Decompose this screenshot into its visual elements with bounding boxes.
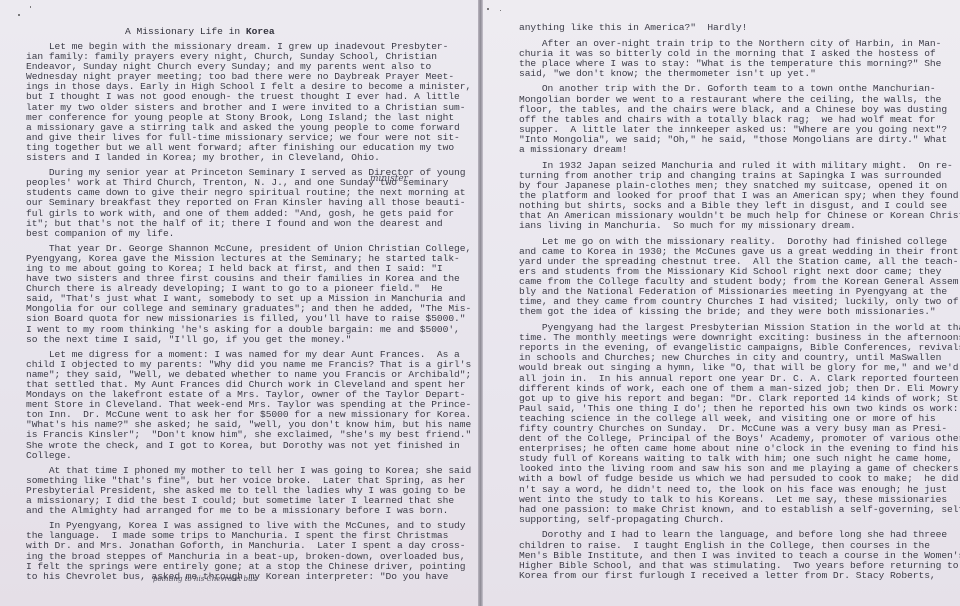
text-line: them got the idea of kissing the bride; … (519, 307, 949, 317)
text-line: College. (26, 451, 466, 461)
left-page-body: Let me begin with the missionary dream. … (26, 42, 466, 587)
paragraph: In Pyengyang, Korea I was assigned to li… (26, 521, 466, 582)
text-line: said, "we don't know; the thermometer is… (519, 69, 949, 79)
text-line: supporting, self-propagating Church. (519, 515, 949, 525)
paragraph: Pyengyang had the largest Presbyterian M… (519, 323, 949, 525)
text-line: our Seminary breakfast they reported on … (26, 198, 466, 208)
text-line: sisters and I landed in Korea; my brothe… (26, 153, 466, 163)
text-line: anything like this in America?" Hardly! (519, 23, 949, 33)
paragraph: In 1932 Japan seized Manchuria and ruled… (519, 161, 949, 232)
paragraph: Let me digress for a moment: I was named… (26, 350, 466, 461)
text-line: best companion of my life. (26, 229, 466, 239)
text-line: a missionary dream! (519, 145, 949, 155)
text-line: Korea from our first furlough I received… (519, 571, 949, 581)
text-line: Dorothy and I had to learn the language,… (519, 530, 949, 540)
text-line: and the Almighty had arranged for me to … (26, 506, 466, 516)
right-page-body: anything like this in America?" Hardly! … (519, 23, 949, 586)
title-text: A Missionary Life in (125, 26, 246, 37)
paragraph: On another trip with the Dr. Goforth tea… (519, 84, 949, 155)
paragraph: After an over-night train trip to the No… (519, 39, 949, 79)
text-line: ians living in Manchuria. So much for my… (519, 221, 949, 231)
paragraph: Let me go on with the missionary reality… (519, 237, 949, 318)
paragraph: Dorothy and I had to learn the language,… (519, 530, 949, 580)
paragraph: Let me begin with the missionary dream. … (26, 42, 466, 163)
document-title: A Missionary Life in Korea (125, 26, 275, 37)
paragraph: At that time I phoned my mother to tell … (26, 466, 466, 516)
title-korea: Korea (246, 26, 275, 37)
speck (500, 10, 501, 11)
left-page: A Missionary Life in Korea Let me begin … (0, 0, 478, 606)
right-page: anything like this in America?" Hardly! … (483, 0, 960, 606)
text-line: with Dr. and Mrs. Jonathan Goforth, in M… (26, 541, 466, 551)
speck (487, 8, 489, 10)
text-line: so the next time I said, "I'll go, if yo… (26, 335, 466, 345)
text-line: She wrote the check, and I got to Korea,… (26, 441, 466, 451)
paragraph: anything like this in America?" Hardly! (519, 23, 949, 33)
speck (30, 6, 31, 8)
speck (18, 14, 20, 16)
handwritten-note-minister: minister (370, 174, 408, 184)
paragraph: That year Dr. George Shannon McCune, pre… (26, 244, 466, 345)
text-line: would break out singing a hymn, like "O,… (519, 363, 949, 373)
handwritten-note-pointing: pointing to his Chevrolet bus (153, 575, 256, 583)
